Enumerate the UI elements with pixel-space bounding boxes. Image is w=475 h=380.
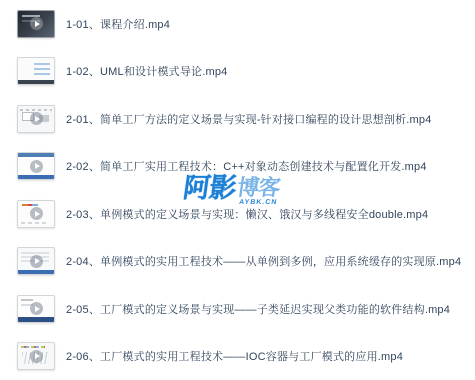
video-thumbnail [17, 342, 55, 370]
video-file-row[interactable]: 1-02、UML和设计模式导论.mp4 [0, 48, 475, 96]
play-icon [30, 160, 43, 173]
play-icon [30, 207, 43, 220]
video-filename: 2-03、单例模式的定义场景与实现：懒汉、饿汉与多线程安全double.mp4 [66, 206, 428, 222]
play-icon [30, 255, 43, 268]
video-file-row[interactable]: 2-05、工厂模式的定义场景与实现——子类延迟实现父类功能的软件结构.mp4 [0, 285, 475, 333]
video-file-row[interactable]: 1-01、课程介绍.mp4 [0, 0, 475, 48]
video-filename: 1-01、课程介绍.mp4 [66, 16, 170, 32]
play-icon [30, 17, 43, 30]
video-thumbnail [17, 295, 55, 323]
video-filename: 2-06、工厂模式的实用工程技术——IOC容器与工厂模式的应用.mp4 [66, 348, 403, 364]
video-file-row[interactable]: 2-03、单例模式的定义场景与实现：懒汉、饿汉与多线程安全double.mp4 [0, 190, 475, 238]
video-file-row[interactable]: 2-02、简单工厂实用工程技术：C++对象动态创建技术与配置化开发.mp4 [0, 143, 475, 191]
video-filename: 1-02、UML和设计模式导论.mp4 [66, 63, 228, 79]
video-filename: 2-01、简单工厂方法的定义场景与实现-针对接口编程的设计思想剖析.mp4 [66, 111, 432, 127]
video-thumbnail [17, 247, 55, 275]
video-filename: 2-02、简单工厂实用工程技术：C++对象动态创建技术与配置化开发.mp4 [66, 158, 427, 174]
play-icon [30, 302, 43, 315]
video-filename: 2-05、工厂模式的定义场景与实现——子类延迟实现父类功能的软件结构.mp4 [66, 301, 450, 317]
video-file-row[interactable]: 2-04、单例模式的实用工程技术——从单例到多例，应用系统缓存的实现原.mp4 [0, 238, 475, 286]
video-file-list: 1-01、课程介绍.mp4 1-02、UML和设计模式导论.mp4 2-01、简… [0, 0, 475, 380]
play-icon [30, 112, 43, 125]
video-thumbnail [17, 152, 55, 180]
video-filename: 2-04、单例模式的实用工程技术——从单例到多例，应用系统缓存的实现原.mp4 [66, 253, 461, 269]
video-thumbnail [17, 57, 55, 85]
video-file-row[interactable]: 2-06、工厂模式的实用工程技术——IOC容器与工厂模式的应用.mp4 [0, 333, 475, 380]
play-icon [30, 350, 43, 363]
video-thumbnail [17, 200, 55, 228]
video-file-row[interactable]: 2-01、简单工厂方法的定义场景与实现-针对接口编程的设计思想剖析.mp4 [0, 95, 475, 143]
video-thumbnail [17, 10, 55, 38]
video-thumbnail [17, 105, 55, 133]
